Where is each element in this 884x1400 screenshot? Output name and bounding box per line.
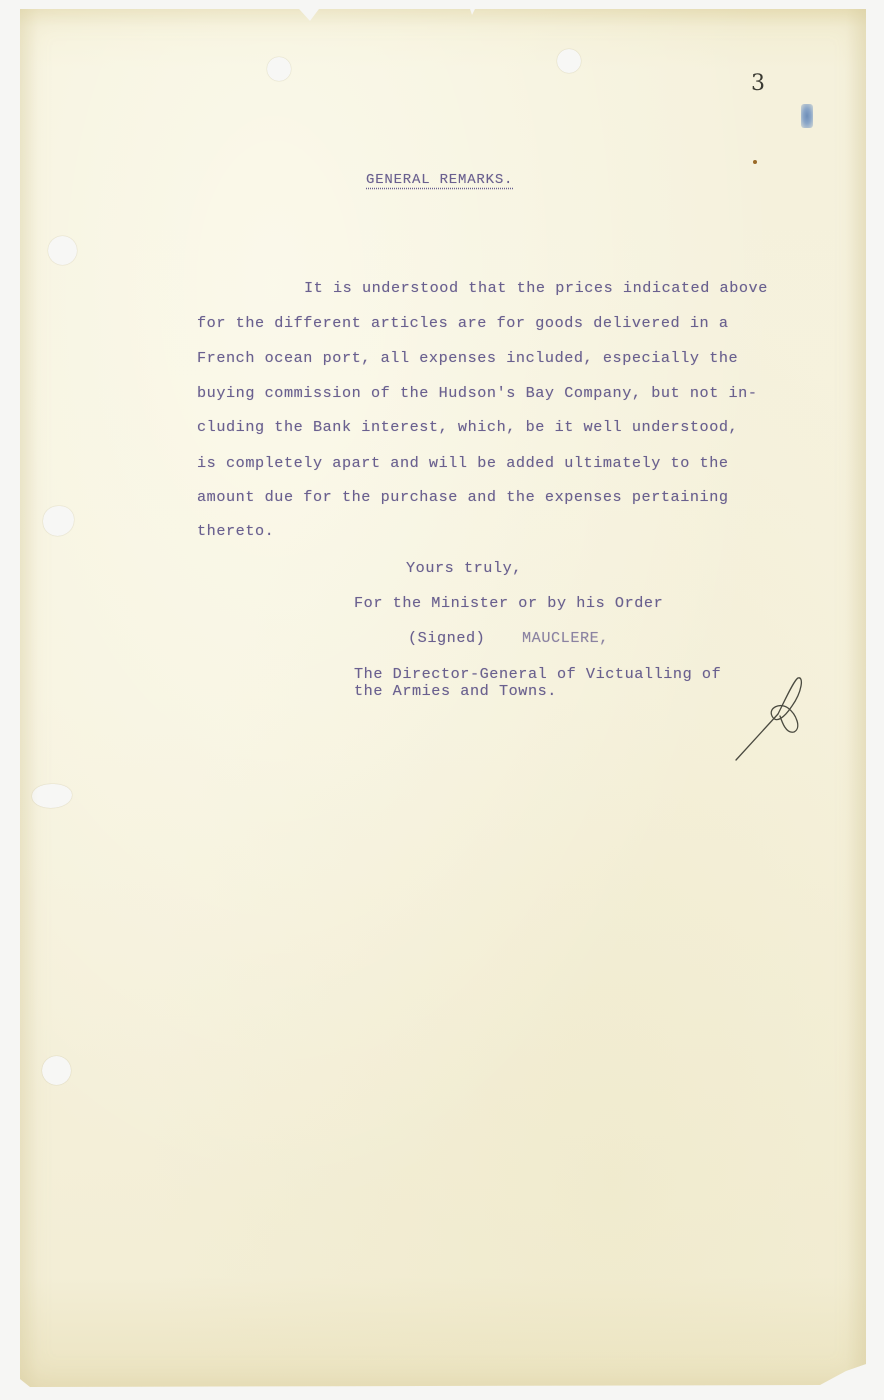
signed-name: MAUCLERE, <box>522 629 609 647</box>
punch-hole-top-left <box>267 57 291 81</box>
handwritten-initial-icon <box>732 672 808 764</box>
document-heading: GENERAL REMARKS. <box>366 172 513 188</box>
body-line-2: for the different articles are for goods… <box>197 314 729 332</box>
body-line-6: is completely apart and will be added ul… <box>197 454 729 472</box>
signer-title-line-2: the Armies and Towns. <box>354 682 557 700</box>
body-line-8: thereto. <box>197 522 274 540</box>
body-line-3: French ocean port, all expenses included… <box>197 349 738 367</box>
body-line-4: buying commission of the Hudson's Bay Co… <box>197 384 758 402</box>
punch-hole-top-right <box>557 49 581 73</box>
blue-stamp-icon <box>801 104 813 128</box>
body-line-5: cluding the Bank interest, which, be it … <box>197 418 738 436</box>
page-number: 3 <box>751 71 765 96</box>
signed-label: (Signed) <box>408 629 485 647</box>
ink-speck <box>753 160 757 164</box>
punch-hole-left-4 <box>42 1056 71 1085</box>
punch-hole-left-1 <box>48 236 77 265</box>
signer-title-line-1: The Director-General of Victualling of <box>354 665 721 683</box>
body-line-7: amount due for the purchase and the expe… <box>197 488 729 506</box>
punch-hole-left-3 <box>32 784 72 808</box>
closing-salutation: Yours truly, <box>406 559 522 577</box>
body-line-1: It is understood that the prices indicat… <box>304 279 768 297</box>
closing-on-behalf: For the Minister or by his Order <box>354 594 663 612</box>
punch-hole-left-2 <box>43 506 74 536</box>
